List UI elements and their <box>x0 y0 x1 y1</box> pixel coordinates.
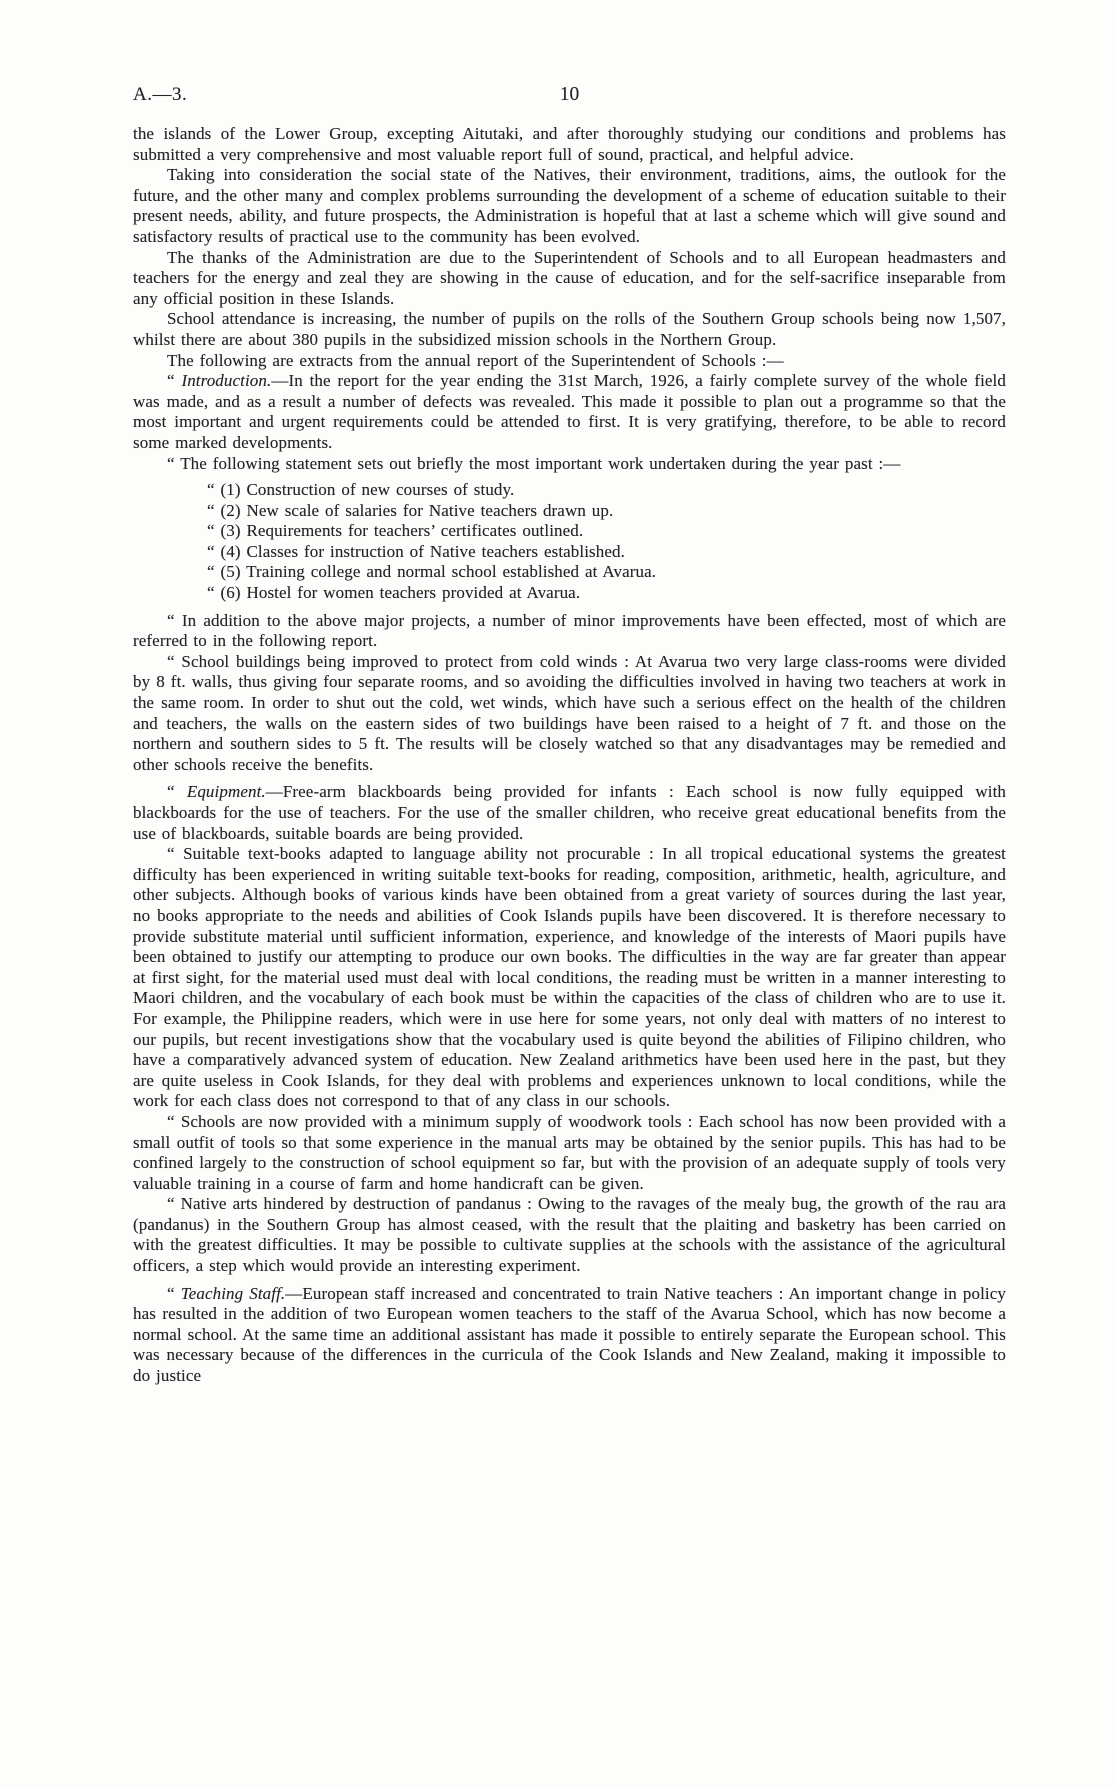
paragraph: “ In addition to the above major project… <box>133 611 1006 652</box>
text-segment: “ In addition to the above major project… <box>133 611 1006 651</box>
text-segment: “ Suitable text-books adapted to languag… <box>133 844 1006 1110</box>
list-item: “ (2) New scale of salaries for Native t… <box>207 501 1006 522</box>
paragraph: “ Equipment.—Free-arm blackboards being … <box>133 782 1006 844</box>
list-item: “ (3) Requirements for teachers’ certifi… <box>207 521 1006 542</box>
page-header: A.—3. 10 <box>133 84 1006 112</box>
text-segment: “ The following statement sets out brief… <box>167 454 900 473</box>
paragraph: “ Suitable text-books adapted to languag… <box>133 844 1006 1112</box>
text-segment: “ (1) Construction of new courses of stu… <box>207 480 514 499</box>
text-segment: “ (5) Training college and normal school… <box>207 562 656 581</box>
text-segment: “ Schools are now provided with a minimu… <box>133 1112 1006 1193</box>
text-segment: “ (6) Hostel for women teachers provided… <box>207 583 580 602</box>
list-item: “ (1) Construction of new courses of stu… <box>207 480 1006 501</box>
paragraph: “ Teaching Staff.—European staff increas… <box>133 1284 1006 1387</box>
paragraph: The following are extracts from the annu… <box>133 351 1006 372</box>
paragraph: the islands of the Lower Group, exceptin… <box>133 124 1006 165</box>
italic-text-segment: Equipment. <box>187 782 266 801</box>
list-item: “ (4) Classes for instruction of Native … <box>207 542 1006 563</box>
paragraph: “ Native arts hindered by destruction of… <box>133 1194 1006 1276</box>
numbered-list: “ (1) Construction of new courses of stu… <box>133 480 1006 604</box>
text-segment: the islands of the Lower Group, exceptin… <box>133 124 1006 164</box>
paragraph: School attendance is increasing, the num… <box>133 309 1006 350</box>
list-item: “ (5) Training college and normal school… <box>207 562 1006 583</box>
document-body: the islands of the Lower Group, exceptin… <box>133 124 1006 1387</box>
list-item: “ (6) Hostel for women teachers provided… <box>207 583 1006 604</box>
text-segment: “ <box>167 1284 181 1303</box>
text-segment: “ <box>167 782 187 801</box>
paragraph: “ The following statement sets out brief… <box>133 454 1006 475</box>
text-segment: “ School buildings being improved to pro… <box>133 652 1006 774</box>
paragraph: “ School buildings being improved to pro… <box>133 652 1006 776</box>
paragraph: “ Schools are now provided with a minimu… <box>133 1112 1006 1194</box>
text-segment: The thanks of the Administration are due… <box>133 248 1006 308</box>
text-segment: “ (4) Classes for instruction of Native … <box>207 542 625 561</box>
paragraph: The thanks of the Administration are due… <box>133 248 1006 310</box>
italic-text-segment: Introduction. <box>181 371 271 390</box>
document-page: A.—3. 10 the islands of the Lower Group,… <box>0 0 1114 1789</box>
text-segment: Taking into consideration the social sta… <box>133 165 1006 246</box>
text-segment: “ (3) Requirements for teachers’ certifi… <box>207 521 583 540</box>
italic-text-segment: Teaching Staff. <box>181 1284 286 1303</box>
paragraph: Taking into consideration the social sta… <box>133 165 1006 247</box>
text-segment: School attendance is increasing, the num… <box>133 309 1006 349</box>
text-segment: “ Native arts hindered by destruction of… <box>133 1194 1006 1275</box>
page-number: 10 <box>133 84 1006 106</box>
paragraph: “ Introduction.—In the report for the ye… <box>133 371 1006 453</box>
text-segment: The following are extracts from the annu… <box>167 351 784 370</box>
text-segment: “ <box>167 371 181 390</box>
text-segment: “ (2) New scale of salaries for Native t… <box>207 501 613 520</box>
